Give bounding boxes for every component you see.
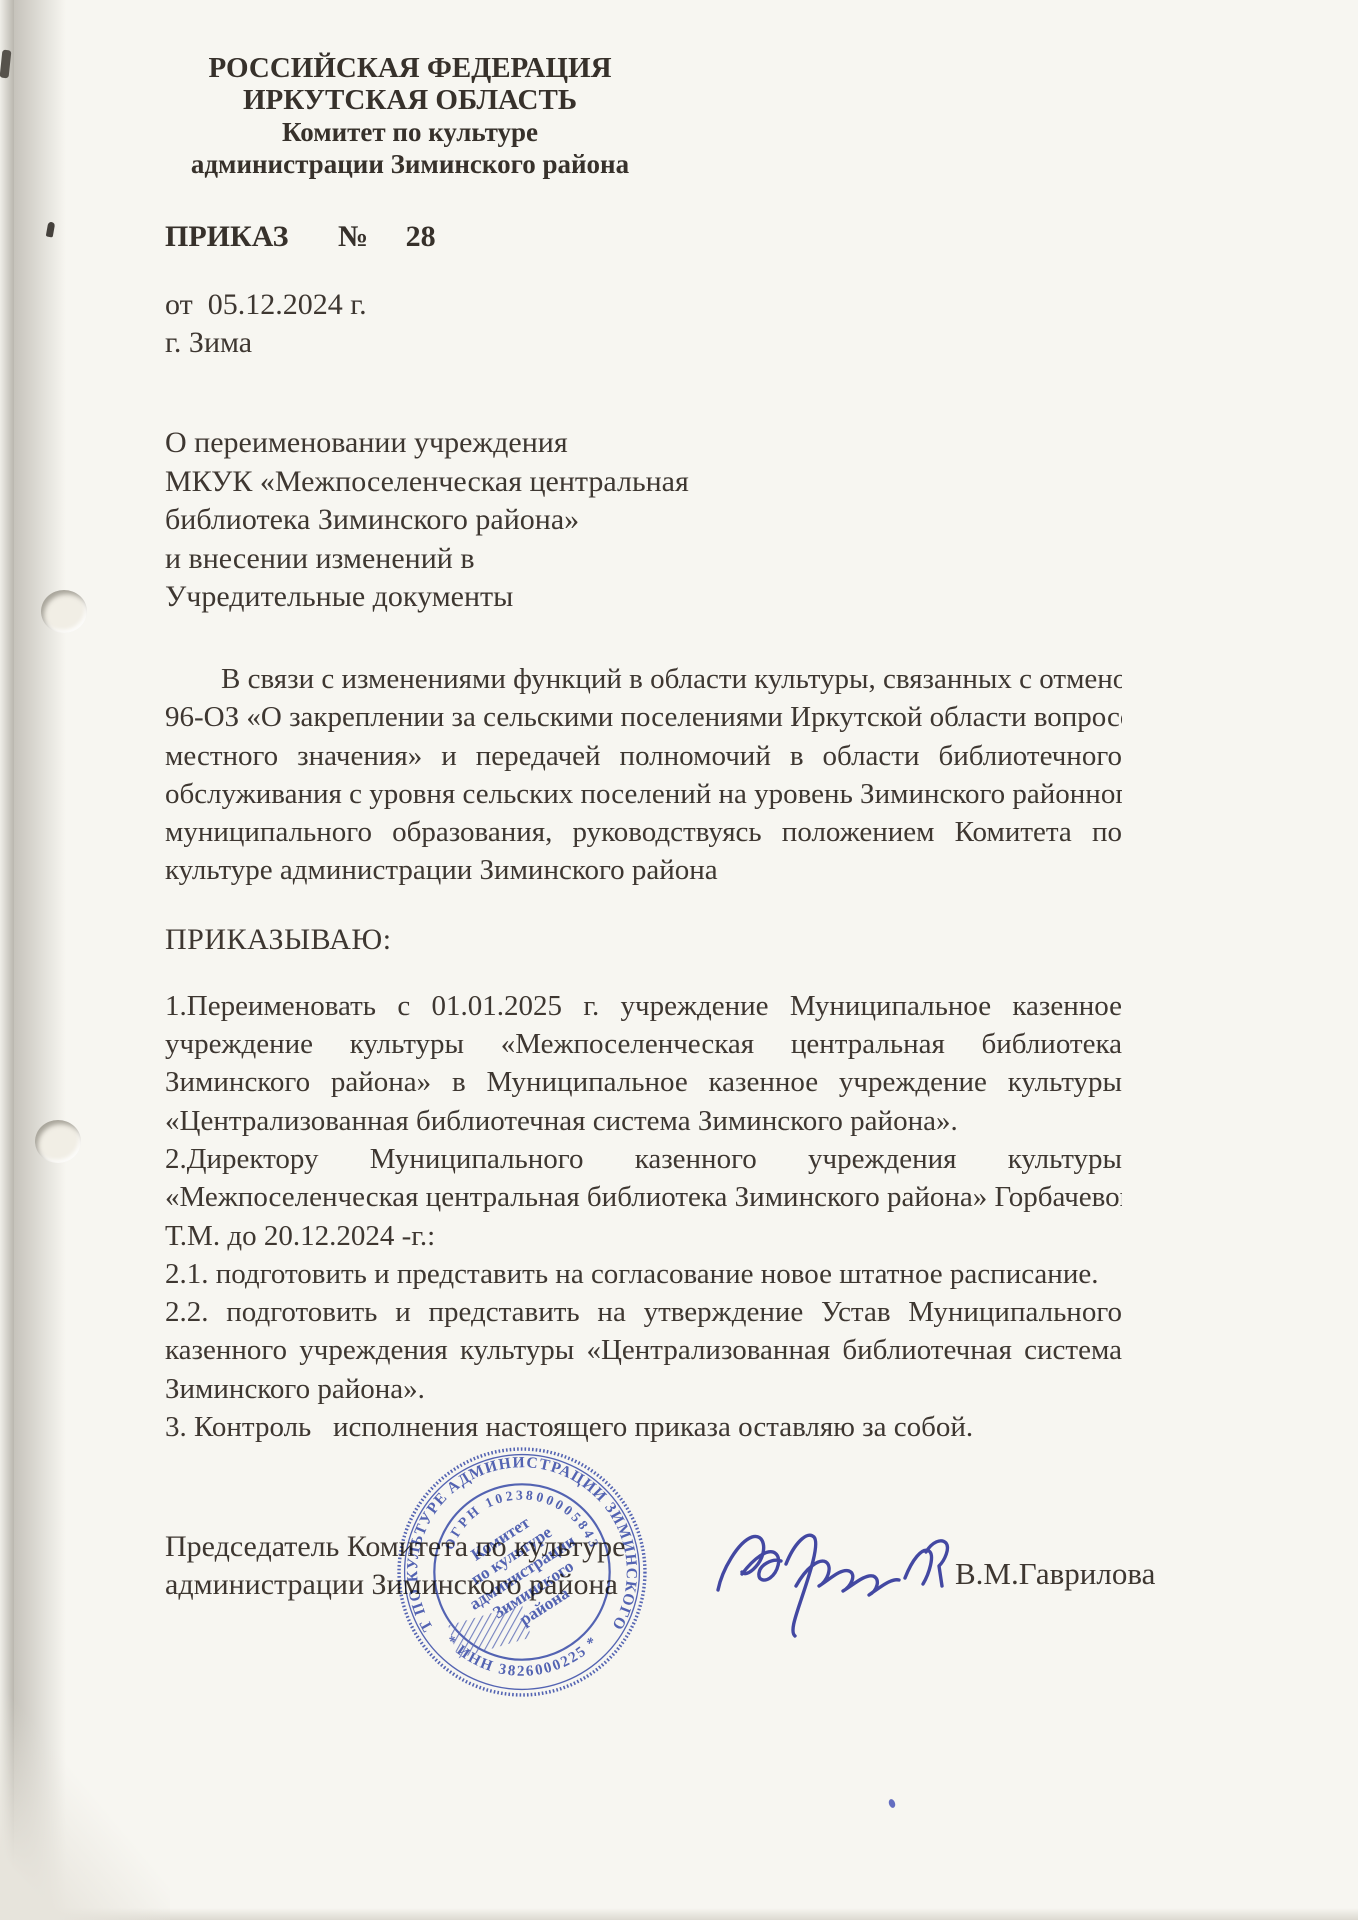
resolve-word: ПРИКАЗЫВАЮ: (165, 921, 1122, 959)
preamble-paragraph: В связи с изменениями функций в области … (165, 660, 1122, 890)
text-line: 1.Переименовать с 01.01.2025 г. учрежден… (165, 987, 1122, 1025)
page-corner-fold (0, 1690, 170, 1920)
order-item-2-1: 2.1. подготовить и представить на соглас… (165, 1255, 1122, 1293)
administration-line: администрации Зиминского района (150, 148, 670, 180)
signature-ink-stroke (712, 1492, 952, 1642)
text-line: и внесении изменений в (165, 540, 785, 579)
document-body: В связи с изменениями функций в области … (165, 660, 1122, 1446)
order-number: 28 (406, 220, 436, 253)
text-line: муниципального образования, руководствуя… (165, 813, 1122, 851)
order-label: ПРИКАЗ (165, 220, 289, 253)
region-line: ИРКУТСКАЯ ОБЛАСТЬ (150, 84, 670, 116)
text-line: 96-ОЗ «О закреплении за сельскими поселе… (165, 698, 1122, 736)
punch-hole-bottom (35, 1120, 81, 1163)
letterhead: РОССИЙСКАЯ ФЕДЕРАЦИЯ ИРКУТСКАЯ ОБЛАСТЬ К… (150, 52, 670, 180)
text-line: обслуживания с уровня сельских поселений… (165, 775, 1122, 813)
page-bottom-edge-shadow (0, 1908, 1358, 1920)
text-line: В связи с изменениями функций в области … (165, 660, 1122, 698)
text-line: учреждение культуры «Межпоселенческая це… (165, 1025, 1122, 1063)
text-line: 2.Директору Муниципального казенного учр… (165, 1140, 1122, 1178)
text-line: местного значения» и передачей полномочи… (165, 737, 1122, 775)
signer-name: В.М.Гаврилова (955, 1556, 1155, 1592)
punch-hole-top (41, 590, 87, 633)
text-line: Т.М. до 20.12.2024 -г.: (165, 1217, 1122, 1255)
order-subject: О переименовании учреждения МКУК «Межпос… (165, 424, 785, 617)
order-number-sign: № (338, 220, 368, 253)
text-line: казенного учреждения культуры «Централиз… (165, 1331, 1122, 1369)
text-line: культуре администрации Зиминского района (165, 851, 1122, 889)
text-line: «Централизованная библиотечная система З… (165, 1102, 1122, 1140)
order-date: от 05.12.2024 г. (165, 288, 367, 322)
blue-ink-speck (888, 1798, 897, 1809)
handwritten-signature (712, 1492, 952, 1642)
text-line: 2.2. подготовить и представить на утверж… (165, 1293, 1122, 1331)
official-round-stamp: КОМИТЕТ ПО КУЛЬТУРЕ АДМИНИСТРАЦИИ ЗИМИНС… (393, 1443, 651, 1701)
country-line: РОССИЙСКАЯ ФЕДЕРАЦИЯ (150, 52, 670, 84)
text-line: Зиминского района» в Муниципальное казен… (165, 1063, 1122, 1101)
page-left-edge-shadow (0, 0, 14, 1920)
text-line: Учредительные документы (165, 578, 785, 617)
scanned-document-page: { "header": { "line1": "РОССИЙСКАЯ ФЕДЕР… (0, 0, 1358, 1920)
stamp-seal-graphic: КОМИТЕТ ПО КУЛЬТУРЕ АДМИНИСТРАЦИИ ЗИМИНС… (393, 1443, 651, 1701)
page-left-edge-fade (14, 0, 66, 1920)
order-city: г. Зима (165, 326, 252, 360)
text-line: «Межпоселенческая центральная библиотека… (165, 1178, 1122, 1216)
text-line: 2.1. подготовить и представить на соглас… (165, 1255, 1122, 1293)
order-item-2-2: 2.2. подготовить и представить на утверж… (165, 1293, 1122, 1408)
text-line: МКУК «Межпоселенческая центральная (165, 463, 785, 502)
text-line: 3. Контроль исполнения настоящего приказ… (165, 1408, 1122, 1446)
order-title: ПРИКАЗ № 28 (165, 220, 436, 254)
committee-line: Комитет по культуре (150, 116, 670, 148)
text-line: библиотека Зиминского района» (165, 501, 785, 540)
order-item-2: 2.Директору Муниципального казенного учр… (165, 1140, 1122, 1255)
order-item-3: 3. Контроль исполнения настоящего приказ… (165, 1408, 1122, 1446)
order-item-1: 1.Переименовать с 01.01.2025 г. учрежден… (165, 987, 1122, 1140)
text-line: О переименовании учреждения (165, 424, 785, 463)
text-line: Зиминского района». (165, 1370, 1122, 1408)
